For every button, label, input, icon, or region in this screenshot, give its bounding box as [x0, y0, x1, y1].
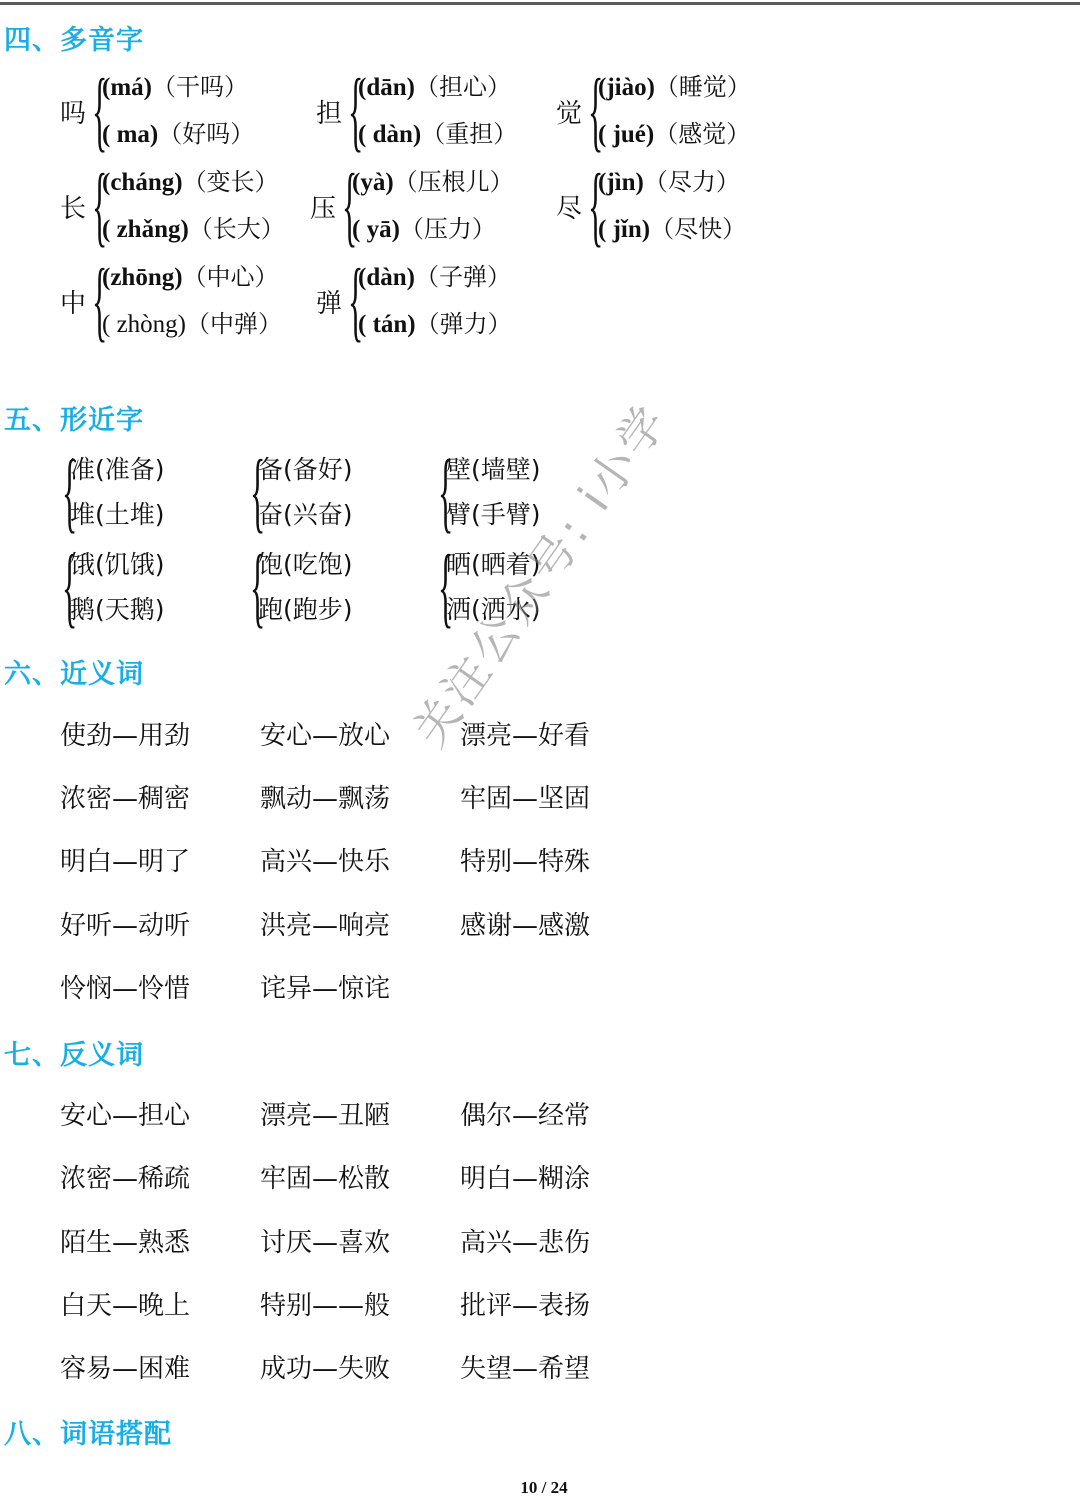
brace-icon: { — [588, 66, 596, 156]
synonym-pair: 好听—动听 — [60, 905, 190, 942]
antonym-pair: 失望—希望 — [460, 1348, 590, 1385]
synonym-pair: 怜悯—怜惜 — [60, 968, 190, 1005]
brace-icon: { — [62, 447, 68, 537]
example-word: （尽力） — [644, 168, 740, 196]
antonym-pair: 安心—担心 — [60, 1095, 190, 1132]
synonym-pair: 使劲—用劲 — [60, 715, 190, 752]
antonym-pair: 漂亮—丑陋 — [260, 1095, 390, 1132]
antonym-pair: 牢固—松散 — [260, 1158, 390, 1195]
brace-icon: { — [342, 161, 350, 251]
pinyin: (dàn) — [358, 264, 415, 291]
similar-char: 晒(晒着) — [446, 547, 541, 582]
example-word: （变长） — [183, 168, 279, 196]
synonym-pair: 洪亮—响亮 — [260, 905, 390, 942]
section-title-collocation: 八、词语搭配 — [4, 1412, 172, 1451]
section-title-synonyms: 六、近义词 — [4, 652, 144, 691]
section-title-similar-chars: 五、形近字 — [4, 398, 144, 437]
poly-char: 尽 — [556, 188, 588, 225]
brace-icon: { — [588, 161, 596, 251]
synonym-pair: 明白—明了 — [60, 841, 190, 878]
polyphonic-item: 压 { (yà)（压根儿） ( yā)（压力） — [310, 165, 514, 247]
example-word: （重担） — [421, 120, 517, 148]
example-word: （中心） — [183, 263, 279, 291]
synonym-pair: 感谢—感激 — [460, 905, 590, 942]
antonym-pair: 成功—失败 — [260, 1348, 390, 1385]
polyphonic-item: 长 { (cháng)（变长） ( zhǎng)（长大） — [60, 165, 285, 247]
poly-char: 长 — [60, 188, 92, 225]
similar-char: 鹅(天鹅) — [70, 592, 165, 627]
pinyin: ( jué) — [598, 121, 654, 148]
antonym-pair: 浓密—稀疏 — [60, 1158, 190, 1195]
poly-char: 吗 — [60, 93, 92, 130]
synonym-pair: 浓密—稠密 — [60, 778, 190, 815]
pinyin: ( zhòng) — [102, 311, 186, 338]
similar-char: 跑(跑步) — [258, 592, 353, 627]
example-word: （压根儿） — [394, 168, 514, 196]
poly-char: 担 — [316, 93, 348, 130]
pinyin: ( zhǎng) — [102, 216, 189, 243]
similar-char-group: { 备(备好) 奋(兴奋) — [250, 452, 353, 532]
synonym-pair: 诧异—惊诧 — [260, 968, 390, 1005]
example-word: （感觉） — [654, 120, 750, 148]
poly-char: 压 — [310, 188, 342, 225]
antonym-pair: 偶尔—经常 — [460, 1095, 590, 1132]
similar-char-group: { 晒(晒着) 洒(洒水) — [438, 547, 541, 627]
similar-char-group: { 饿(饥饿) 鹅(天鹅) — [62, 547, 165, 627]
synonym-pair: 高兴—快乐 — [260, 841, 390, 878]
example-word: （子弹） — [415, 263, 511, 291]
pinyin: ( jǐn) — [598, 216, 650, 243]
antonym-pair: 批评—表扬 — [460, 1285, 590, 1322]
polyphonic-item: 担 { (dān)（担心） ( dàn)（重担） — [316, 70, 517, 152]
page-number: 10 / 24 — [0, 1478, 1080, 1498]
brace-icon: { — [348, 256, 356, 346]
example-word: （尽快） — [650, 215, 746, 243]
antonym-pair: 明白—糊涂 — [460, 1158, 590, 1195]
antonym-pair: 白天—晚上 — [60, 1285, 190, 1322]
example-word: （睡觉） — [655, 73, 751, 101]
pinyin: (jìn) — [598, 169, 644, 196]
brace-icon: { — [438, 447, 444, 537]
antonym-pair: 容易—困难 — [60, 1348, 190, 1385]
example-word: （中弹） — [186, 310, 282, 338]
similar-char: 壁(墙壁) — [446, 452, 541, 487]
similar-char: 饱(吃饱) — [258, 547, 353, 582]
polyphonic-item: 尽 { (jìn)（尽力） ( jǐn)（尽快） — [556, 165, 746, 247]
similar-char: 准(准备) — [70, 452, 165, 487]
similar-char-group: { 壁(墙壁) 臂(手臂) — [438, 452, 541, 532]
similar-char: 洒(洒水) — [446, 592, 541, 627]
brace-icon: { — [438, 542, 444, 632]
pinyin: (zhōng) — [102, 264, 183, 291]
example-word: （弹力） — [416, 310, 512, 338]
similar-char: 备(备好) — [258, 452, 353, 487]
pinyin: ( tán) — [358, 311, 416, 338]
brace-icon: { — [250, 542, 256, 632]
synonym-pair: 飘动—飘荡 — [260, 778, 390, 815]
pinyin: (dān) — [358, 74, 415, 101]
pinyin: ( yā) — [352, 216, 400, 243]
poly-char: 中 — [60, 283, 92, 320]
synonym-pair: 安心—放心 — [260, 715, 390, 752]
brace-icon: { — [92, 256, 100, 346]
synonym-pair: 特别—特殊 — [460, 841, 590, 878]
similar-char: 堆(土堆) — [70, 497, 165, 532]
section-title-antonyms: 七、反义词 — [4, 1033, 144, 1072]
poly-char: 弹 — [316, 283, 348, 320]
section-title-polyphonic: 四、多音字 — [4, 18, 144, 57]
example-word: （压力） — [400, 215, 496, 243]
brace-icon: { — [92, 66, 100, 156]
pinyin: (jiào) — [598, 74, 655, 101]
brace-icon: { — [92, 161, 100, 251]
antonym-pair: 陌生—熟悉 — [60, 1222, 190, 1259]
example-word: （长大） — [189, 215, 285, 243]
similar-char: 奋(兴奋) — [258, 497, 353, 532]
polyphonic-item: 觉 { (jiào)（睡觉） ( jué)（感觉） — [556, 70, 751, 152]
antonym-pair: 特别——般 — [260, 1285, 390, 1322]
polyphonic-item: 吗 { (má)（干吗） ( ma)（好吗） — [60, 70, 254, 152]
brace-icon: { — [62, 542, 68, 632]
poly-char: 觉 — [556, 93, 588, 130]
example-word: （干吗） — [152, 73, 248, 101]
synonym-pair: 牢固—坚固 — [460, 778, 590, 815]
example-word: （好吗） — [158, 120, 254, 148]
similar-char-group: { 准(准备) 堆(土堆) — [62, 452, 165, 532]
pinyin: (má) — [102, 74, 152, 101]
example-word: （担心） — [415, 73, 511, 101]
similar-char: 臂(手臂) — [446, 497, 541, 532]
top-rule — [0, 2, 1080, 5]
antonym-pair: 高兴—悲伤 — [460, 1222, 590, 1259]
similar-char: 饿(饥饿) — [70, 547, 165, 582]
pinyin: (cháng) — [102, 169, 183, 196]
pinyin: ( dàn) — [358, 121, 421, 148]
polyphonic-item: 弹 { (dàn)（子弹） ( tán)（弹力） — [316, 260, 512, 342]
pinyin: (yà) — [352, 169, 394, 196]
synonym-pair: 漂亮—好看 — [460, 715, 590, 752]
pinyin: ( ma) — [102, 121, 158, 148]
antonym-pair: 讨厌—喜欢 — [260, 1222, 390, 1259]
polyphonic-item: 中 { (zhōng)（中心） ( zhòng)（中弹） — [60, 260, 282, 342]
brace-icon: { — [348, 66, 356, 156]
brace-icon: { — [250, 447, 256, 537]
similar-char-group: { 饱(吃饱) 跑(跑步) — [250, 547, 353, 627]
